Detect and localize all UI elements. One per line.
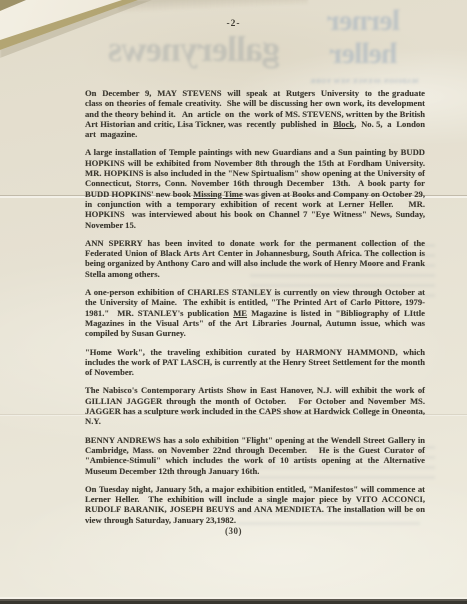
paragraph: A one-person exhibition of CHARLES STANL… <box>85 287 425 338</box>
paragraph: On December 9, MAY STEVENS will speak at… <box>85 88 425 139</box>
page-number: -2- <box>0 19 467 29</box>
scanned-newsletter-page: gallerynews lerner heller MADISON AVENUE… <box>0 0 467 604</box>
top-edge-crease <box>118 0 309 16</box>
page-bottom-edge <box>0 597 467 604</box>
underlined-text: ME <box>233 308 247 318</box>
text-segment: The Nabisco's Contemporary Artists Show … <box>85 385 427 426</box>
bleedthrough-lerner-heller-logo: lerner heller <box>312 4 416 70</box>
bleedthrough-masthead-gallerynews: gallerynews <box>55 28 280 70</box>
paragraph: ANN SPERRY has been invited to donate wo… <box>85 238 425 279</box>
paragraph: On Tuesday night, January 5th, a major e… <box>85 484 425 525</box>
paragraph: The Nabisco's Contemporary Artists Show … <box>85 385 425 426</box>
underlined-text: Block <box>333 119 354 129</box>
bleedthrough-logo-address: MADISON AVENUE NEW YORK <box>306 78 422 85</box>
document-body: On December 9, MAY STEVENS will speak at… <box>85 88 425 533</box>
paragraph: BENNY ANDREWS has a solo exhibition "Fli… <box>85 435 425 476</box>
bleedthrough-logo-line2: heller <box>312 37 416 70</box>
text-segment: "Home Work", the traveling exhibition cu… <box>85 347 427 378</box>
footer-end-mark: (30) <box>0 526 467 536</box>
paragraph: A large installation of Temple paintings… <box>85 147 425 229</box>
text-segment: On Tuesday night, January 5th, a major e… <box>85 484 427 525</box>
underlined-text: Missing Time <box>193 189 243 199</box>
text-segment: BENNY ANDREWS has a solo exhibition "Fli… <box>85 435 427 476</box>
text-segment: ANN SPERRY has been invited to donate wo… <box>85 238 427 279</box>
paragraph: "Home Work", the traveling exhibition cu… <box>85 347 425 378</box>
